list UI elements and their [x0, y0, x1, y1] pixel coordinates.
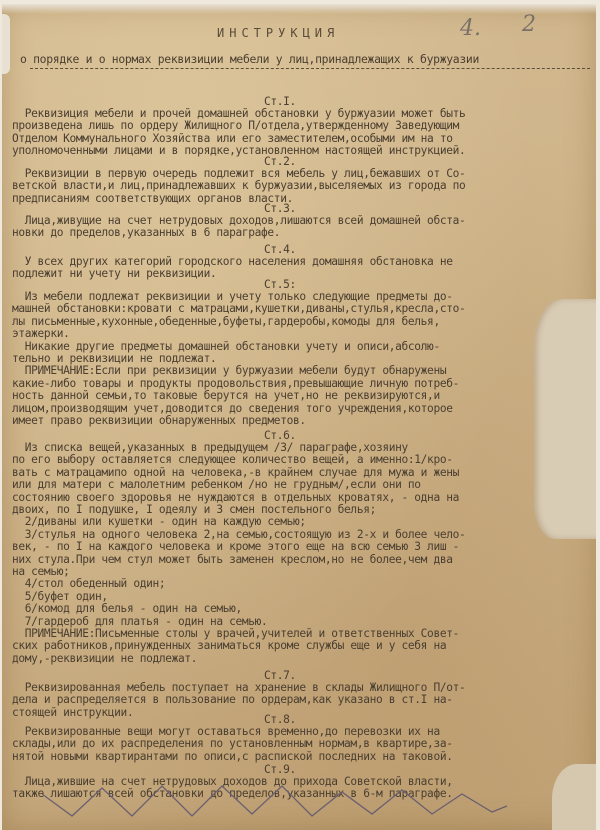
- torn-left-edge: [2, 14, 10, 74]
- torn-top-edge: [2, 4, 596, 14]
- article-text-line: уполномоченными лицами и в порядке,устан…: [12, 145, 465, 157]
- article-text-line: 6/комод для белья - один на семью,: [12, 603, 242, 615]
- document-subtitle: о порядке и о нормах реквизиции мебели у…: [20, 52, 479, 66]
- article-text-line: 2/диваны или кушетки - один на каждую се…: [12, 516, 306, 528]
- article-text-line: имеет право реквизиции обнаруженных пред…: [12, 415, 306, 427]
- dashed-divider: [30, 68, 590, 71]
- article-text-line: новки до пределов,указанных в 6 параграф…: [12, 227, 280, 239]
- article-text-line: дела и распределяется в пользование по о…: [12, 694, 453, 706]
- article-text-line: нятой новыми квартирантами по описи,с ра…: [12, 751, 453, 763]
- article-text-line: них стула.При чем стул может быть замене…: [12, 554, 453, 566]
- pencil-mark-page: 2: [522, 12, 536, 37]
- article-text-line: произведена лишь по ордеру Жилищного П/о…: [12, 120, 459, 132]
- article-text-line: век, - по I на каждого человека и кроме …: [12, 541, 459, 553]
- article-text-line: дому,-реквизиции не подлежат.: [12, 653, 197, 665]
- document-page: ИНСТРУКЦИЯ 4. 2 о порядке и о нормах рек…: [2, 4, 596, 830]
- document-title: ИНСТРУКЦИЯ: [217, 26, 339, 40]
- damaged-paper-patch: [534, 299, 596, 539]
- pencil-mark-number: 4.: [460, 16, 481, 41]
- article-text-line: 4/стол обеденный один;: [12, 578, 165, 590]
- article-text-line: лы письменные,кухонные,обеденные,буфеты,…: [12, 316, 440, 328]
- article-text-line: ПРИМЕЧАНИЕ:Если при реквизиции у буржуаз…: [12, 365, 446, 377]
- article-text-line: по его выбору оставляется следующее коли…: [12, 454, 453, 466]
- article-text-line: или для матери с малолетним ребенком /но…: [12, 479, 421, 491]
- pencil-scribble-strikeout: [42, 784, 512, 824]
- article-text-line: ских работников,принужденных заниматься …: [12, 640, 446, 652]
- article-text-line: склады,или до их распределения по устано…: [12, 738, 453, 750]
- article-text-line: предписаниям соответствующих органов вла…: [12, 193, 293, 205]
- article-text-line: стоящей инструкции.: [12, 707, 133, 719]
- article-text-line: ветской власти,и лиц,принадлежавших к бу…: [12, 180, 465, 192]
- article-text-line: подлежит ни учету ни реквизиции.: [12, 268, 216, 280]
- article-text-line: ность данной семьи,то таковые берутся на…: [12, 390, 440, 402]
- article-text-line: этажерки.: [12, 328, 69, 340]
- article-text-line: машней обстановки:кровати с матрацами,ку…: [12, 303, 465, 315]
- damaged-paper-corner: [552, 764, 596, 830]
